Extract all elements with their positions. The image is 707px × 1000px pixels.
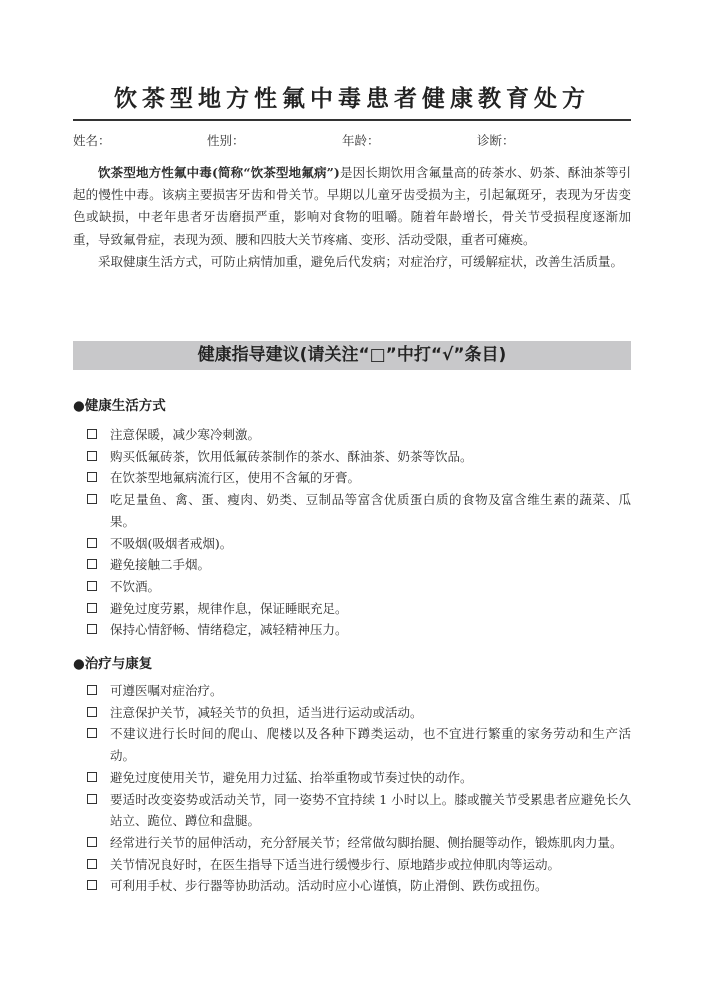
checklist-item: 可遵医嘱对症治疗。 xyxy=(87,680,631,702)
disease-name: 饮茶型地方性氟中毒(简称“饮茶型地氟病”) xyxy=(98,165,340,180)
checkbox-icon[interactable] xyxy=(87,772,97,782)
checklist-item: 关节情况良好时，在医生指导下适当进行缓慢步行、原地踏步或拉伸肌肉等运动。 xyxy=(87,854,631,876)
checklist-item: 要适时改变姿势或活动关节，同一姿势不宜持续 1 小时以上。膝或髋关节受累患者应避… xyxy=(87,789,631,832)
intro-text: 饮茶型地方性氟中毒(简称“饮茶型地氟病”)是因长期饮用含氟量高的砖茶水、奶茶、酥… xyxy=(73,162,631,273)
checkbox-icon[interactable] xyxy=(87,429,97,439)
section-heading-treatment: ●治疗与康复 xyxy=(73,652,152,672)
checkbox-icon[interactable] xyxy=(87,559,97,569)
treatment-checklist: 可遵医嘱对症治疗。 注意保护关节，减轻关节的负担，适当进行运动或活动。 不建议进… xyxy=(87,680,631,897)
checklist-item: 经常进行关节的屈伸活动，充分舒展关节；经常做勾脚抬腿、侧抬腿等动作，锻炼肌肉力量… xyxy=(87,832,631,854)
checklist-item: 可利用手杖、步行器等协助活动。活动时应小心谨慎，防止滑倒、跌伤或扭伤。 xyxy=(87,875,631,897)
checkbox-icon[interactable] xyxy=(87,794,97,804)
guidance-banner: 健康指导建议(请关注“□”中打“√”条目) xyxy=(73,341,631,370)
checkbox-icon[interactable] xyxy=(87,880,97,890)
checkbox-icon[interactable] xyxy=(87,603,97,613)
checklist-item: 不吸烟(吸烟者戒烟)。 xyxy=(87,533,631,555)
checklist-item: 在饮茶型地氟病流行区，使用不含氟的牙膏。 xyxy=(87,467,631,489)
checkbox-icon[interactable] xyxy=(87,707,97,717)
checkbox-icon[interactable] xyxy=(87,472,97,482)
checklist-item: 保持心情舒畅、情绪稳定，减轻精神压力。 xyxy=(87,619,631,641)
checklist-item: 避免接触二手烟。 xyxy=(87,554,631,576)
checklist-item: 购买低氟砖茶，饮用低氟砖茶制作的茶水、酥油茶、奶茶等饮品。 xyxy=(87,446,631,468)
diagnosis-field-label: 诊断： xyxy=(477,131,515,149)
lifestyle-checklist: 注意保暖，减少寒冷刺激。 购买低氟砖茶，饮用低氟砖茶制作的茶水、酥油茶、奶茶等饮… xyxy=(87,424,631,641)
title-divider xyxy=(73,119,631,121)
checkbox-icon[interactable] xyxy=(87,581,97,591)
intro-paragraph-2: 采取健康生活方式，可防止病情加重，避免后代发病；对症治疗，可缓解症状，改善生活质… xyxy=(73,251,631,273)
checkbox-icon[interactable] xyxy=(87,624,97,634)
checkbox-icon[interactable] xyxy=(87,685,97,695)
checklist-item: 不饮酒。 xyxy=(87,576,631,598)
section-heading-lifestyle: ●健康生活方式 xyxy=(73,394,166,414)
sex-field-label: 性别： xyxy=(207,131,245,149)
checklist-item: 吃足量鱼、禽、蛋、瘦肉、奶类、豆制品等富含优质蛋白质的食物及富含维生素的蔬菜、瓜… xyxy=(87,489,631,532)
checklist-item: 不建议进行长时间的爬山、爬楼以及各种下蹲类运动，也不宜进行繁重的家务劳动和生产活… xyxy=(87,723,631,766)
checklist-item: 避免过度劳累，规律作息，保证睡眠充足。 xyxy=(87,598,631,620)
checklist-item: 注意保暖，减少寒冷刺激。 xyxy=(87,424,631,446)
checklist-item: 注意保护关节，减轻关节的负担，适当进行运动或活动。 xyxy=(87,702,631,724)
checklist-item: 避免过度使用关节，避免用力过猛、抬举重物或节奏过快的动作。 xyxy=(87,767,631,789)
page-title: 饮茶型地方性氟中毒患者健康教育处方 xyxy=(73,80,631,113)
checkbox-icon[interactable] xyxy=(87,728,97,738)
checkbox-icon[interactable] xyxy=(87,451,97,461)
name-field-label: 姓名： xyxy=(73,131,111,149)
age-field-label: 年龄： xyxy=(342,131,380,149)
checkbox-icon[interactable] xyxy=(87,494,97,504)
checkbox-icon[interactable] xyxy=(87,837,97,847)
checkbox-icon[interactable] xyxy=(87,538,97,548)
checkbox-icon[interactable] xyxy=(87,859,97,869)
intro-paragraph-1: 饮茶型地方性氟中毒(简称“饮茶型地氟病”)是因长期饮用含氟量高的砖茶水、奶茶、酥… xyxy=(73,162,631,251)
